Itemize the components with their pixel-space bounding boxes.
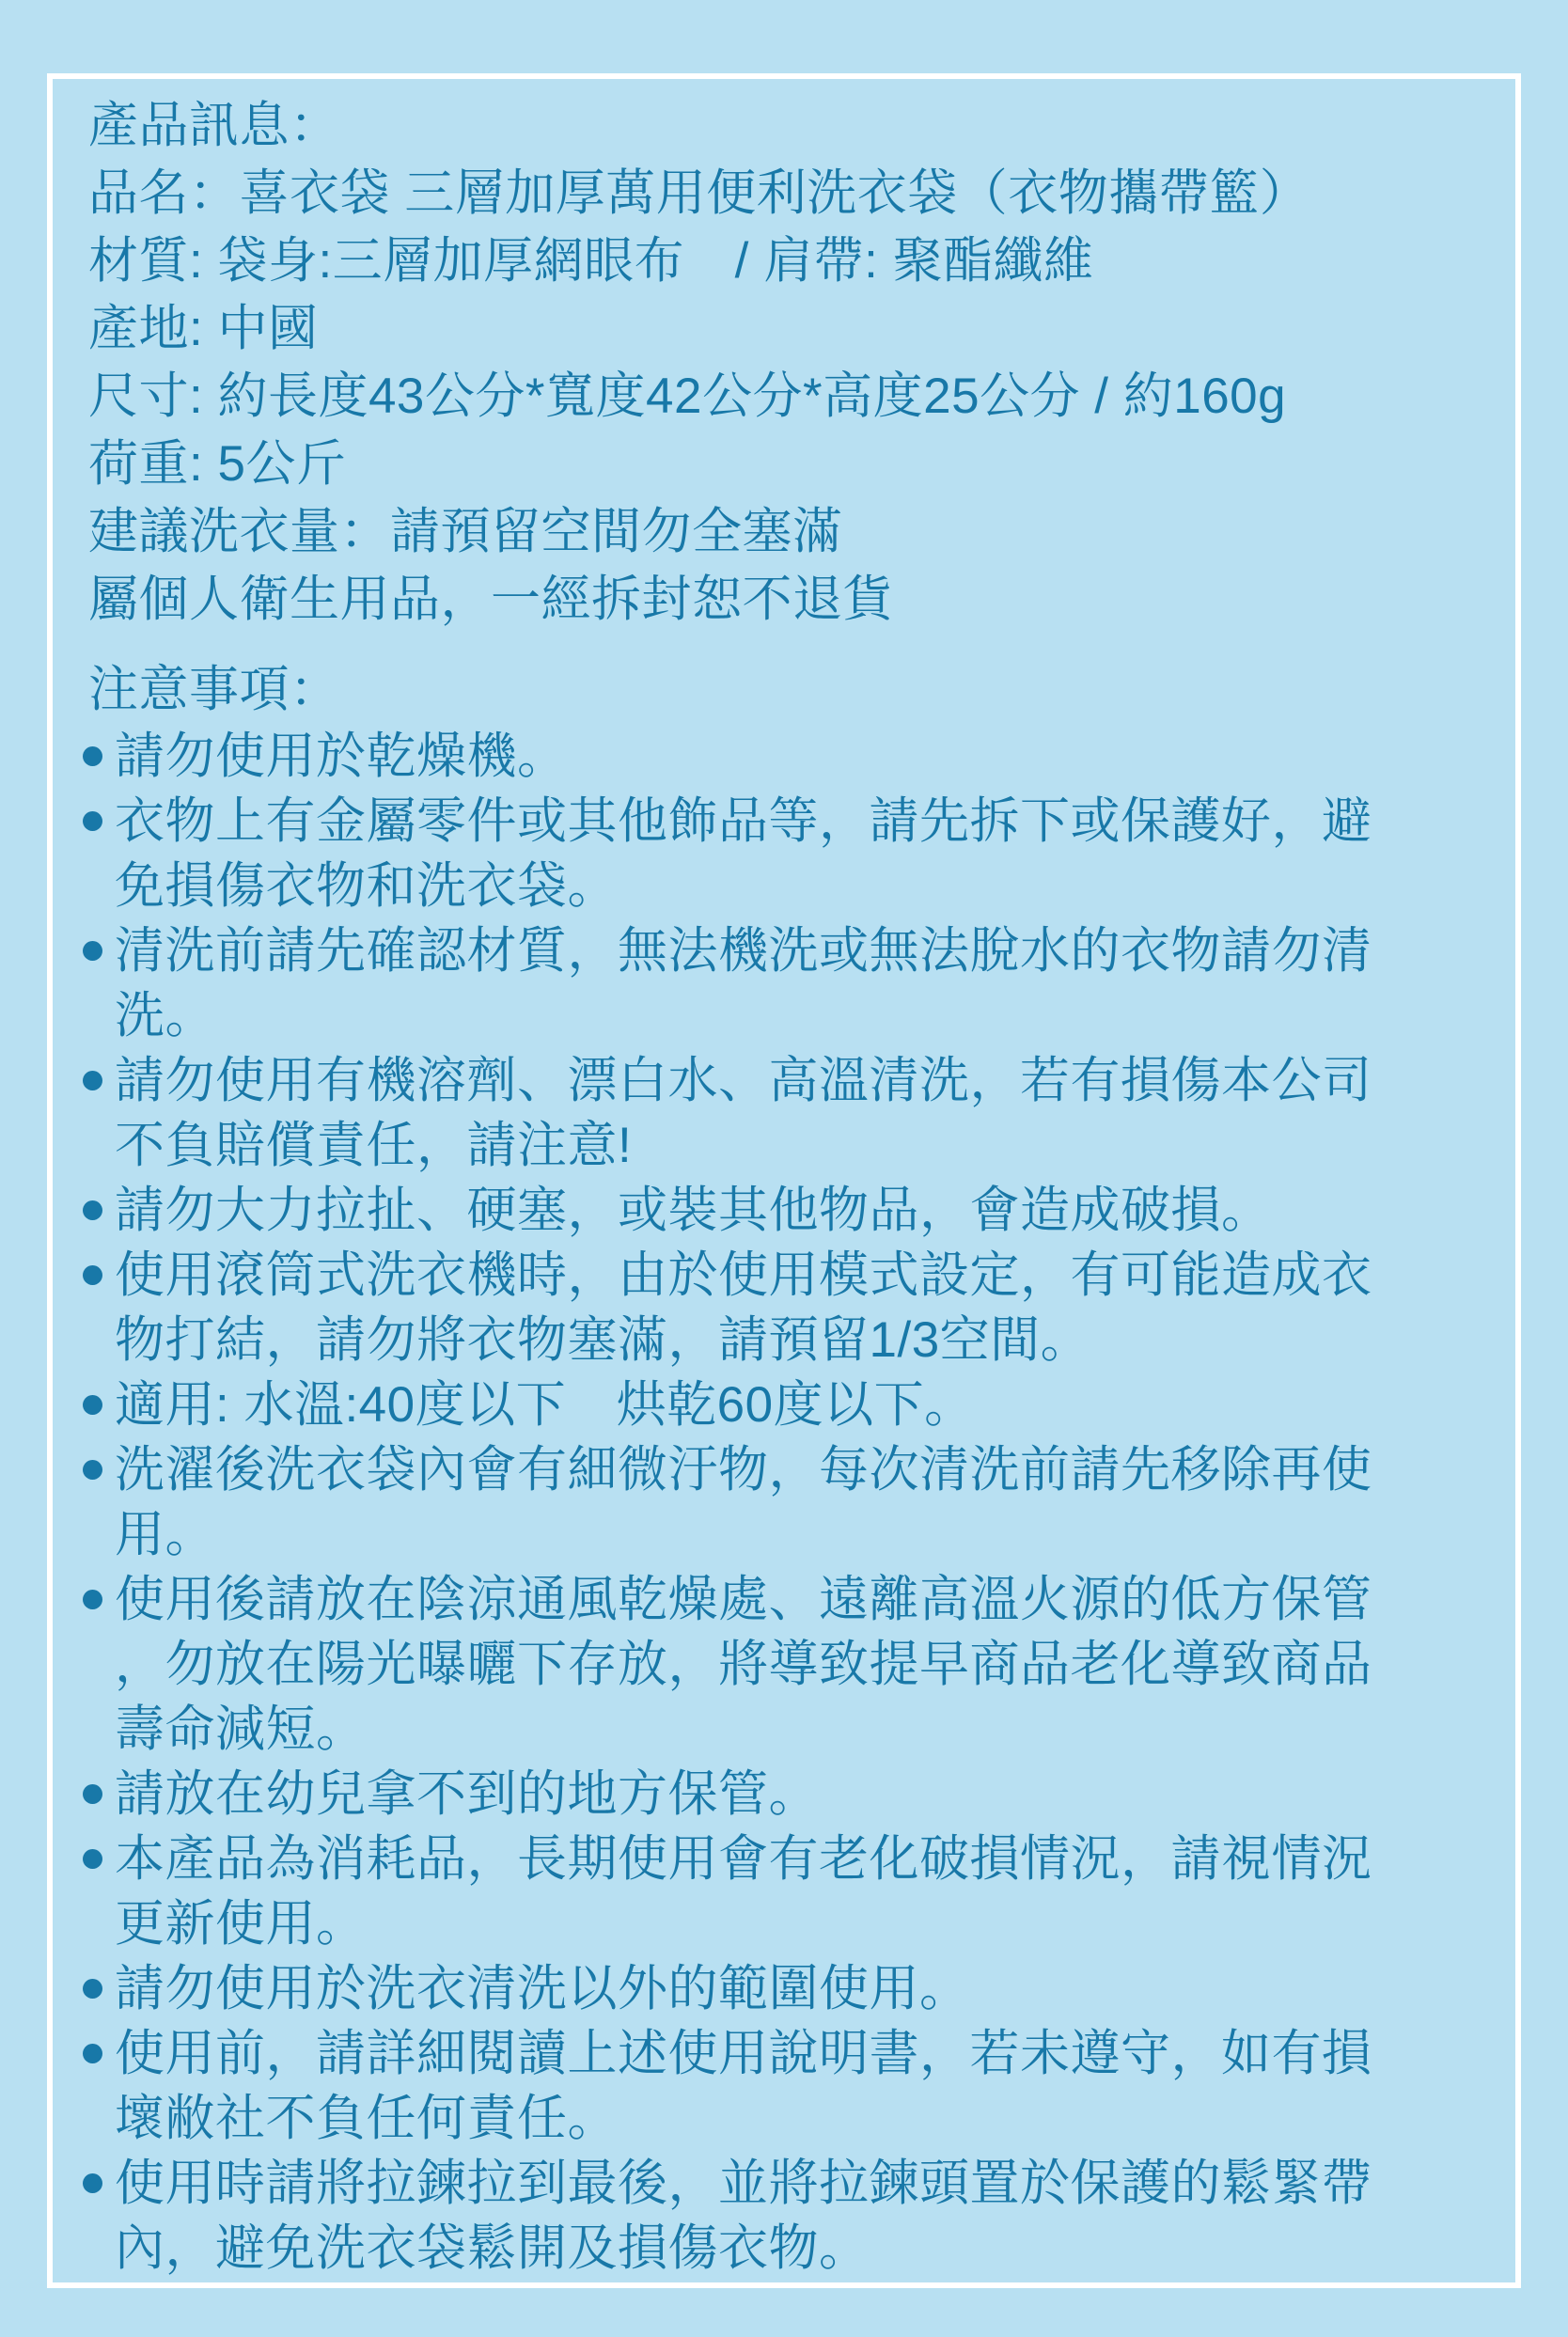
info-frame: 產品訊息： 品名：喜衣袋 三層加厚萬用便利洗衣袋（衣物攜帶籃） 材質: 袋身:三… xyxy=(47,73,1521,2288)
notice-item-text: 使用時請將拉鍊拉到最後，並將拉鍊頭置於保護的鬆緊帶 內，避免洗衣袋鬆開及損傷衣物… xyxy=(115,2151,1372,2281)
page-background: { "page": { "background_color": "#b8e0f2… xyxy=(0,0,1568,2337)
bullet-icon xyxy=(83,2173,102,2193)
bullet-icon xyxy=(83,1071,102,1090)
bullet-icon xyxy=(83,1979,102,1999)
product-info-line-material: 材質: 袋身:三層加厚網眼布 / 肩帶: 聚酯纖維 xyxy=(88,227,1491,295)
notice-item-text: 請勿使用有機溶劑、漂白水、高溫清洗，若有損傷本公司 不負賠償責任，請注意! xyxy=(115,1048,1372,1178)
notice-item-text: 適用: 水溫:40度以下 烘乾60度以下。 xyxy=(115,1372,975,1437)
notice-item: 請勿使用有機溶劑、漂白水、高溫清洗，若有損傷本公司 不負賠償責任，請注意! xyxy=(88,1048,1491,1178)
bullet-icon xyxy=(83,1200,102,1220)
product-info-line-origin: 產地: 中國 xyxy=(88,295,1491,363)
product-info-line-load: 荷重: 5公斤 xyxy=(88,431,1491,498)
notice-item: 洗濯後洗衣袋內會有細微汙物，每次清洗前請先移除再使 用。 xyxy=(88,1437,1491,1567)
notice-item-text: 衣物上有金屬零件或其他飾品等，請先拆下或保護好，避 免損傷衣物和洗衣袋。 xyxy=(115,789,1372,918)
bullet-icon xyxy=(83,941,102,961)
notice-section: 注意事項： 請勿使用於乾燥機。 衣物上有金屬零件或其他飾品等，請先拆下或保護好，… xyxy=(88,656,1491,2281)
notice-item: 使用後請放在陰涼通風乾燥處、遠離高溫火源的低方保管 ，勿放在陽光曝曬下存放，將導… xyxy=(88,1567,1491,1762)
product-info-line-capacity: 建議洗衣量：請預留空間勿全塞滿 xyxy=(88,498,1491,566)
notice-item: 本產品為消耗品，長期使用會有老化破損情況，請視情況 更新使用。 xyxy=(88,1827,1491,1956)
notice-item: 使用時請將拉鍊拉到最後，並將拉鍊頭置於保護的鬆緊帶 內，避免洗衣袋鬆開及損傷衣物… xyxy=(88,2151,1491,2281)
product-info-title: 產品訊息： xyxy=(88,92,1491,160)
notice-item-text: 洗濯後洗衣袋內會有細微汙物，每次清洗前請先移除再使 用。 xyxy=(115,1437,1372,1567)
notice-item-text: 請放在幼兒拿不到的地方保管。 xyxy=(115,1762,819,1827)
product-info-section: 產品訊息： 品名：喜衣袋 三層加厚萬用便利洗衣袋（衣物攜帶籃） 材質: 袋身:三… xyxy=(88,92,1491,634)
product-info-line-name: 品名：喜衣袋 三層加厚萬用便利洗衣袋（衣物攜帶籃） xyxy=(88,160,1491,227)
bullet-icon xyxy=(83,1265,102,1285)
bullet-icon xyxy=(83,1784,102,1804)
notice-item: 衣物上有金屬零件或其他飾品等，請先拆下或保護好，避 免損傷衣物和洗衣袋。 xyxy=(88,789,1491,918)
notice-item: 適用: 水溫:40度以下 烘乾60度以下。 xyxy=(88,1372,1491,1437)
notice-item: 請放在幼兒拿不到的地方保管。 xyxy=(88,1762,1491,1827)
bullet-icon xyxy=(83,811,102,831)
bullet-icon xyxy=(83,1590,102,1609)
notice-item: 使用前，請詳細閱讀上述使用說明書，若未遵守，如有損 壞敝社不負任何責任。 xyxy=(88,2021,1491,2151)
product-info-line-hygiene: 屬個人衛生用品，一經拆封恕不退貨 xyxy=(88,566,1491,634)
notice-list: 請勿使用於乾燥機。 衣物上有金屬零件或其他飾品等，請先拆下或保護好，避 免損傷衣… xyxy=(88,724,1491,2281)
bullet-icon xyxy=(83,1849,102,1869)
notice-item-text: 使用滾筒式洗衣機時，由於使用模式設定，有可能造成衣 物打結，請勿將衣物塞滿，請預… xyxy=(115,1243,1372,1372)
notice-item-text: 使用後請放在陰涼通風乾燥處、遠離高溫火源的低方保管 ，勿放在陽光曝曬下存放，將導… xyxy=(115,1567,1372,1762)
bullet-icon xyxy=(83,1395,102,1415)
product-info-line-size: 尺寸: 約長度43公分*寬度42公分*高度25公分 / 約160g xyxy=(88,363,1491,431)
notice-item-text: 本產品為消耗品，長期使用會有老化破損情況，請視情況 更新使用。 xyxy=(115,1827,1372,1956)
bullet-icon xyxy=(83,2044,102,2063)
notice-item: 請勿使用於洗衣清洗以外的範圍使用。 xyxy=(88,1956,1491,2021)
bullet-icon xyxy=(83,746,102,766)
notice-item: 使用滾筒式洗衣機時，由於使用模式設定，有可能造成衣 物打結，請勿將衣物塞滿，請預… xyxy=(88,1243,1491,1372)
notice-item: 請勿使用於乾燥機。 xyxy=(88,724,1491,789)
notice-item-text: 請勿大力拉扯、硬塞，或裝其他物品，會造成破損。 xyxy=(115,1178,1272,1243)
notice-title: 注意事項： xyxy=(88,656,1491,724)
content-area: 產品訊息： 品名：喜衣袋 三層加厚萬用便利洗衣袋（衣物攜帶籃） 材質: 袋身:三… xyxy=(53,79,1515,2281)
notice-item-text: 請勿使用於乾燥機。 xyxy=(115,724,568,789)
notice-item: 清洗前請先確認材質，無法機洗或無法脫水的衣物請勿清 洗。 xyxy=(88,918,1491,1048)
bullet-icon xyxy=(83,1460,102,1480)
notice-item-text: 請勿使用於洗衣清洗以外的範圍使用。 xyxy=(115,1956,970,2021)
notice-item-text: 使用前，請詳細閱讀上述使用說明書，若未遵守，如有損 壞敝社不負任何責任。 xyxy=(115,2021,1372,2151)
notice-item-text: 清洗前請先確認材質，無法機洗或無法脫水的衣物請勿清 洗。 xyxy=(115,918,1372,1048)
notice-item: 請勿大力拉扯、硬塞，或裝其他物品，會造成破損。 xyxy=(88,1178,1491,1243)
